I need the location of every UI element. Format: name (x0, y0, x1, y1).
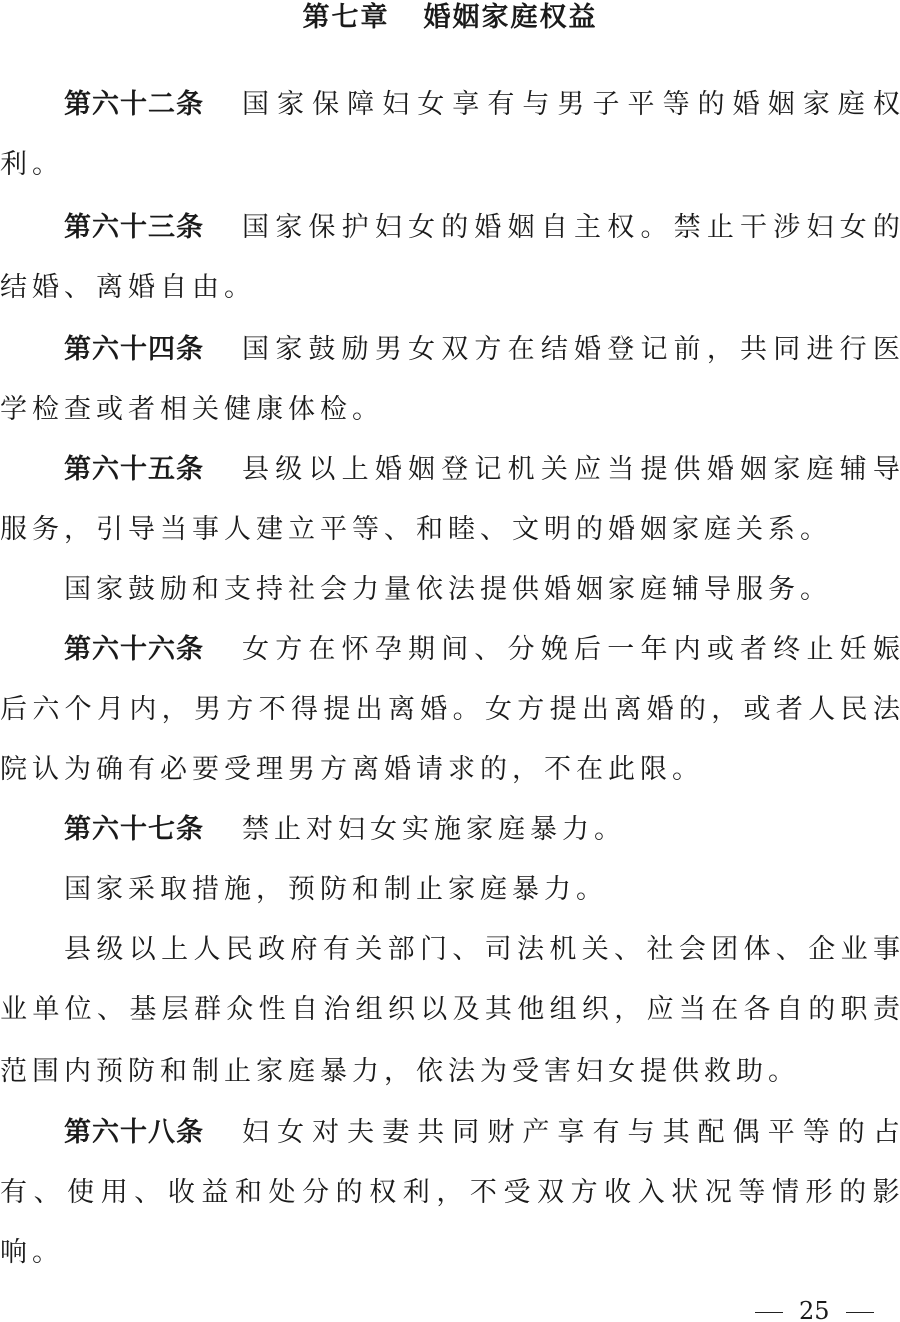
article-text: 业单位、基层群众性自治组织以及其他组织，应当在各自的职责 (0, 990, 900, 1030)
document-page: 第七章婚姻家庭权益 第六十二条 国家保障妇女享有与男子平等的婚姻家庭权 利。 第… (0, 0, 900, 1322)
article-64-line-1: 第六十四条 国家鼓励男女双方在结婚登记前，共同进行医 (0, 330, 900, 370)
article-64-line-2: 学检查或者相关健康体检。 (0, 390, 900, 430)
article-text: 服务，引导当事人建立平等、和睦、文明的婚姻家庭关系。 (0, 510, 832, 550)
article-65-paragraph-2: 国家鼓励和支持社会力量依法提供婚姻家庭辅导服务。 (0, 570, 900, 610)
article-number: 第六十三条 (64, 208, 204, 248)
page-number: 25 (755, 1296, 895, 1322)
article-text: 禁止对妇女实施家庭暴力。 (242, 810, 626, 850)
chapter-number: 第七章 (303, 2, 390, 33)
article-68-line-2: 有、使用、收益和处分的权利，不受双方收入状况等情形的影 (0, 1173, 900, 1213)
article-text: 县级以上婚姻登记机关应当提供婚姻家庭辅导 (242, 450, 900, 490)
chapter-title: 第七章婚姻家庭权益 (0, 0, 900, 36)
article-text: 利。 (0, 145, 64, 185)
article-68-line-3: 响。 (0, 1233, 900, 1273)
article-text: 国家采取措施，预防和制止家庭暴力。 (64, 870, 608, 910)
article-text: 院认为确有必要受理男方离婚请求的，不在此限。 (0, 750, 704, 790)
article-number: 第六十四条 (64, 330, 204, 370)
article-67-line-1: 第六十七条 禁止对妇女实施家庭暴力。 (0, 810, 900, 850)
article-65-line-2: 服务，引导当事人建立平等、和睦、文明的婚姻家庭关系。 (0, 510, 900, 550)
dash-right (846, 1312, 874, 1313)
article-63-line-1: 第六十三条 国家保护妇女的婚姻自主权。禁止干涉妇女的 (0, 208, 900, 248)
article-66-line-1: 第六十六条 女方在怀孕期间、分娩后一年内或者终止妊娠 (0, 630, 900, 670)
article-text: 后六个月内，男方不得提出离婚。女方提出离婚的，或者人民法 (0, 690, 900, 730)
article-text: 女方在怀孕期间、分娩后一年内或者终止妊娠 (242, 630, 900, 670)
dash-left (755, 1312, 783, 1313)
article-text: 有、使用、收益和处分的权利，不受双方收入状况等情形的影 (0, 1173, 900, 1213)
article-number: 第六十五条 (64, 450, 204, 490)
article-text: 妇女对夫妻共同财产享有与其配偶平等的占 (242, 1113, 900, 1153)
article-text: 国家保护妇女的婚姻自主权。禁止干涉妇女的 (242, 208, 900, 248)
article-text: 国家鼓励和支持社会力量依法提供婚姻家庭辅导服务。 (64, 570, 832, 610)
article-number: 第六十八条 (64, 1113, 204, 1153)
article-text: 县级以上人民政府有关部门、司法机关、社会团体、企业事 (64, 930, 900, 970)
article-65-line-1: 第六十五条 县级以上婚姻登记机关应当提供婚姻家庭辅导 (0, 450, 900, 490)
article-text: 国家鼓励男女双方在结婚登记前，共同进行医 (242, 330, 900, 370)
article-text: 学检查或者相关健康体检。 (0, 390, 384, 430)
article-62-line-2: 利。 (0, 145, 900, 185)
article-63-line-2: 结婚、离婚自由。 (0, 268, 900, 308)
article-text: 国家保障妇女享有与男子平等的婚姻家庭权 (242, 85, 900, 125)
page-number-value: 25 (799, 1296, 830, 1322)
article-66-line-3: 院认为确有必要受理男方离婚请求的，不在此限。 (0, 750, 900, 790)
article-67-paragraph-3-line-1: 县级以上人民政府有关部门、司法机关、社会团体、企业事 (0, 930, 900, 970)
article-62-line-1: 第六十二条 国家保障妇女享有与男子平等的婚姻家庭权 (0, 85, 900, 125)
article-text: 响。 (0, 1233, 64, 1273)
article-67-paragraph-3-line-2: 业单位、基层群众性自治组织以及其他组织，应当在各自的职责 (0, 990, 900, 1030)
article-number: 第六十七条 (64, 810, 204, 850)
chapter-name: 婚姻家庭权益 (424, 2, 598, 33)
article-66-line-2: 后六个月内，男方不得提出离婚。女方提出离婚的，或者人民法 (0, 690, 900, 730)
article-text: 结婚、离婚自由。 (0, 268, 256, 308)
article-67-paragraph-3-line-3: 范围内预防和制止家庭暴力，依法为受害妇女提供救助。 (0, 1052, 900, 1092)
article-number: 第六十二条 (64, 85, 204, 125)
article-67-paragraph-2: 国家采取措施，预防和制止家庭暴力。 (0, 870, 900, 910)
article-text: 范围内预防和制止家庭暴力，依法为受害妇女提供救助。 (0, 1052, 800, 1092)
article-68-line-1: 第六十八条 妇女对夫妻共同财产享有与其配偶平等的占 (0, 1113, 900, 1153)
article-number: 第六十六条 (64, 630, 204, 670)
